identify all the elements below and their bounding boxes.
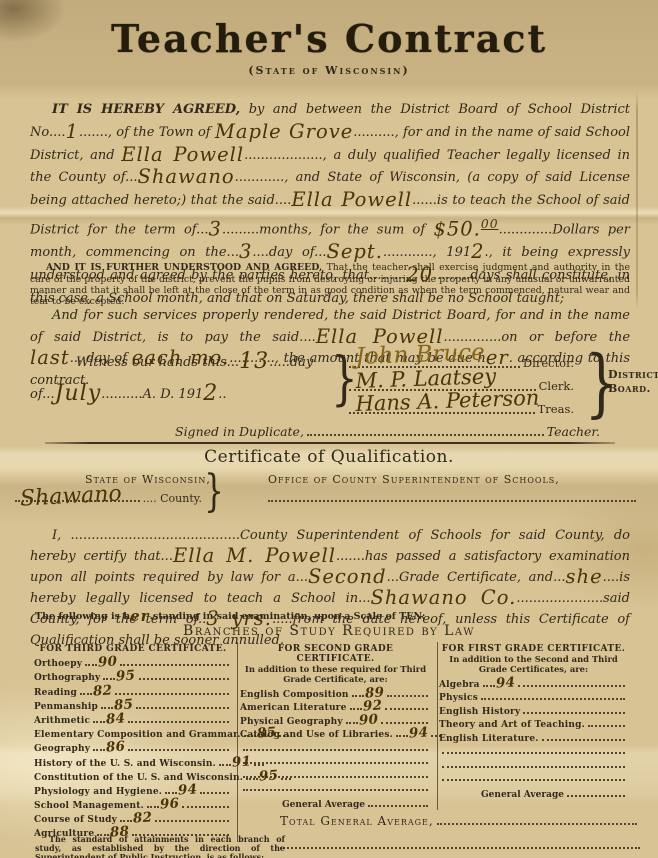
treasurer-role-label: Treas. <box>538 402 574 417</box>
handwritten-entry: Second <box>308 565 387 588</box>
first-grade-column: FOR FIRST GRADE CERTIFICATE. In addition… <box>435 642 632 839</box>
paper-crease <box>636 92 638 310</box>
leader-dots <box>481 698 625 700</box>
printed-text: .standing in said examination, upon a Sc… <box>150 611 426 622</box>
bottom-dotted-line <box>280 847 640 849</box>
leader-dots <box>101 707 113 709</box>
subject-label: Course of Study <box>34 815 117 825</box>
table-row: Constitution of the U. S. and Wisconsin.… <box>34 769 232 783</box>
table-row <box>439 757 628 771</box>
leader-dots <box>103 678 115 680</box>
subject-label: Orthoepy <box>34 659 82 669</box>
superintendent-dotted-line <box>268 500 636 502</box>
leader-dots <box>136 707 229 709</box>
county-line: Shawano .... County. <box>12 492 202 505</box>
leader-dots <box>182 806 229 808</box>
handwritten-entry: Shawano Co. <box>371 586 517 609</box>
section-divider <box>45 442 615 444</box>
leader-dots <box>128 749 229 751</box>
handwritten-entry: Ella Powell <box>291 188 412 211</box>
second-grade-header: FOR SECOND GRADE CERTIFICATE. <box>240 642 431 665</box>
subject-label: Geography <box>34 744 90 754</box>
printed-text: .....day <box>269 355 313 370</box>
printed-text: ....day of... <box>252 245 326 260</box>
handwritten-entry: she <box>566 565 603 588</box>
leader-dots <box>387 695 428 697</box>
handwritten-entry: 3 <box>209 217 222 240</box>
table-row: Reading82 <box>34 683 232 697</box>
leader-dots <box>165 792 177 794</box>
third-grade-header: FOR THIRD GRADE CERTIFICATE. <box>34 642 232 655</box>
witness-date-line: of...July..........A. D. 1912.. <box>30 382 227 404</box>
handwritten-entry: Maple Grove <box>215 120 353 143</box>
printed-text: .........months, for the sum of <box>222 222 434 237</box>
leader-dots <box>93 749 105 751</box>
subject-label: Theory and Art of Teaching. <box>439 720 585 730</box>
subject-label: Orthography <box>34 673 100 683</box>
leader-dots <box>243 749 428 751</box>
handwritten-entry: 13 <box>239 348 269 374</box>
third-grade-rows: Orthoepy90Orthography95Reading82Penmansh… <box>34 655 232 839</box>
leader-dots <box>128 721 229 723</box>
witness-block: Witness our hands this...13.....day of..… <box>30 346 640 422</box>
subject-label: English Composition <box>240 690 349 700</box>
leader-dots <box>396 735 408 737</box>
county-handwritten: Shawano <box>19 481 122 511</box>
general-average-label: General Average <box>481 790 564 800</box>
handwritten-entry: Shawano <box>137 165 234 188</box>
leader-dots <box>147 806 159 808</box>
handwritten-score: 95 <box>259 767 279 784</box>
column-divider <box>437 642 438 810</box>
leader-dots <box>120 820 132 822</box>
table-row: Algebra94 <box>439 676 628 690</box>
total-general-average-line: Total General Average, <box>280 814 640 828</box>
handwritten-entry: Ella Powell <box>121 143 244 166</box>
table-row: Penmanship85 <box>34 698 232 712</box>
handwritten-score: 94 <box>408 725 428 742</box>
table-row <box>240 740 431 754</box>
handwritten-score: 94 <box>495 674 515 691</box>
subject-label: Constitution of the U. S. and Wisconsin. <box>34 773 243 783</box>
signature-row-treasurer: Hans A. Peterson Treas. <box>346 394 574 417</box>
general-average-label: General Average <box>282 800 365 810</box>
leader-dots <box>93 721 105 723</box>
signed-in-duplicate-label: Signed in Duplicate, <box>175 424 304 439</box>
leader-dots <box>588 725 625 727</box>
district-board-line2: Board. <box>608 382 658 396</box>
printed-text: .. <box>218 387 226 402</box>
handwritten-score: 84 <box>106 710 126 727</box>
table-row: English Composition89 <box>240 686 431 700</box>
standing-line: The following is her.standing in said ex… <box>35 609 635 624</box>
state-office-block: State of Wisconsin, Shawano .... County.… <box>0 470 658 512</box>
handwritten-score: 86 <box>106 739 126 756</box>
leader-dots <box>219 764 231 766</box>
table-row: Arithmetic84 <box>34 712 232 726</box>
document-title: Teacher's Contract <box>0 16 658 61</box>
printed-text: of... <box>30 387 55 402</box>
handwritten-entry: 1 <box>66 120 79 143</box>
printed-text: ............, 191 <box>383 245 471 260</box>
subject-label: Penmanship <box>34 702 98 712</box>
table-row: Physiology and Hygiene.94 <box>34 783 232 797</box>
subject-label: History of the U. S. and Wisconsin. <box>34 759 216 769</box>
table-row: Orthography95 <box>34 669 232 683</box>
second-grade-general-average: General Average <box>240 796 431 810</box>
district-board-line1: District <box>608 368 658 382</box>
total-general-average-label: Total General Average, <box>280 814 434 828</box>
subject-label: English Literature. <box>439 734 539 744</box>
handwritten-score: 96 <box>159 795 179 812</box>
leader-dots <box>518 685 625 687</box>
printed-text: Witness our hands this... <box>76 355 239 370</box>
subject-label: American Literature <box>240 703 347 713</box>
leader-dots <box>346 722 358 724</box>
handwritten-entry: 2 <box>203 380 218 406</box>
table-row: English Literature. <box>439 730 628 744</box>
table-row <box>240 754 431 768</box>
leader-dots <box>442 766 625 768</box>
handwritten-entry: $50. <box>433 217 480 240</box>
leader-dots <box>381 722 428 724</box>
column-divider <box>237 642 238 842</box>
handwritten-score: 85 <box>256 724 276 741</box>
printed-text: ......., of the Town of <box>79 125 215 140</box>
table-row: English History <box>439 703 628 717</box>
table-row: Elementary Composition and Grammar.85 <box>34 726 232 740</box>
printed-text: AND IT IS FURTHER UNDERSTOOD AND AGREED, <box>46 262 322 273</box>
handwritten-score: 82 <box>92 682 112 699</box>
signed-in-duplicate-line: Signed in Duplicate, Teacher. <box>30 424 600 439</box>
director-role-label: Director. <box>523 356 574 371</box>
leader-dots <box>243 789 428 791</box>
leader-dots <box>483 685 495 687</box>
leader-dots <box>352 695 364 697</box>
office-of-superintendent-label: Office of County Superintendent of Schoo… <box>268 473 560 486</box>
district-board-label: District Board. <box>608 368 658 396</box>
subject-label: English History <box>439 707 520 717</box>
leader-dots <box>523 712 625 714</box>
table-row: Geography86 <box>34 740 232 754</box>
third-grade-column: FOR THIRD GRADE CERTIFICATE. Orthoepy90O… <box>30 642 236 839</box>
general-average-line <box>368 805 428 807</box>
teacher-label: Teacher. <box>547 424 600 439</box>
branches-heading: Branches of Study Required by Law <box>0 623 658 639</box>
table-row: Course of Study82 <box>34 811 232 825</box>
subject-label: Physics <box>439 693 478 703</box>
leader-dots <box>350 708 362 710</box>
further-understood-clause: AND IT IS FURTHER UNDERSTOOD AND AGREED,… <box>30 262 630 307</box>
grades-table: FOR THIRD GRADE CERTIFICATE. Orthoepy90O… <box>30 642 632 839</box>
signature-list: John Bruce Director. M. P. Laatsey Clerk… <box>346 348 574 417</box>
subject-label: Elementary Composition and Grammar. <box>34 730 241 740</box>
handwritten-score: 94 <box>178 781 198 798</box>
clerk-role-label: Clerk. <box>539 379 574 394</box>
table-row: History of the U. S. and Wisconsin.91 <box>34 754 232 768</box>
table-row <box>439 771 628 785</box>
leader-dots <box>200 792 229 794</box>
scanned-teacher-contract: Teacher's Contract (State of Wisconsin) … <box>0 0 658 858</box>
leader-dots <box>139 678 229 680</box>
handwritten-score: 91 <box>231 753 251 770</box>
subject-label: Arithmetic <box>34 716 90 726</box>
first-grade-general-average: General Average <box>439 786 628 800</box>
leader-dots <box>85 664 97 666</box>
total-general-average-dots <box>437 823 637 825</box>
leader-dots <box>542 739 625 741</box>
handwritten-score: 82 <box>133 810 153 827</box>
leader-dots <box>115 693 229 695</box>
witness-day-line: Witness our hands this...13.....day <box>76 350 313 372</box>
leader-dots <box>243 762 428 764</box>
leader-dots <box>155 820 229 822</box>
handwritten-score: 95 <box>116 668 136 685</box>
table-row: American Literature92 <box>240 700 431 714</box>
printed-text: ..........A. D. 191 <box>101 387 203 402</box>
handwritten-entry: July <box>55 380 102 406</box>
first-grade-rows: Algebra94PhysicsEnglish HistoryTheory an… <box>439 676 628 784</box>
handwritten-entry: 00 <box>481 217 499 231</box>
teacher-signature-line <box>307 434 544 436</box>
county-suffix-label: .... County. <box>143 492 202 505</box>
handwritten-entry: 3 <box>239 240 252 263</box>
standard-of-attainments-note: The standard of attainments in each bran… <box>35 835 285 858</box>
table-row: Physics <box>439 690 628 704</box>
subject-label: Physiology and Hygiene. <box>34 787 162 797</box>
subject-label: Physical Geography <box>240 717 343 727</box>
leader-dots <box>442 779 625 781</box>
subject-label: Reading <box>34 688 77 698</box>
leader-dots <box>120 664 229 666</box>
table-row: Theory and Art of Teaching. <box>439 717 628 731</box>
handwritten-entry: 2 <box>471 240 484 263</box>
subject-label: Algebra <box>439 680 480 690</box>
handwritten-entry: Sept. <box>327 240 383 263</box>
document-subtitle: (State of Wisconsin) <box>0 64 658 77</box>
second-grade-subheader: In addition to these required for Third … <box>240 665 431 686</box>
printed-text: ...Grade Certificate, and... <box>387 570 566 585</box>
leader-dots <box>80 693 92 695</box>
subject-label: School Management. <box>34 801 144 811</box>
table-row: School Management.96 <box>34 797 232 811</box>
printed-text: The following is h <box>35 611 130 622</box>
handwritten-entry: Ella M. Powell <box>173 544 336 567</box>
general-average-line <box>567 795 625 797</box>
certificate-heading: Certificate of Qualification. <box>0 447 658 467</box>
handwritten-score: 90 <box>358 711 378 728</box>
first-grade-subheader: In addition to the Second and Third Grad… <box>439 655 628 676</box>
table-row <box>439 744 628 758</box>
printed-text: IT IS HEREBY AGREED, <box>52 102 240 117</box>
leader-dots <box>442 752 625 754</box>
leader-dots <box>385 708 428 710</box>
state-brace: } <box>204 466 224 517</box>
